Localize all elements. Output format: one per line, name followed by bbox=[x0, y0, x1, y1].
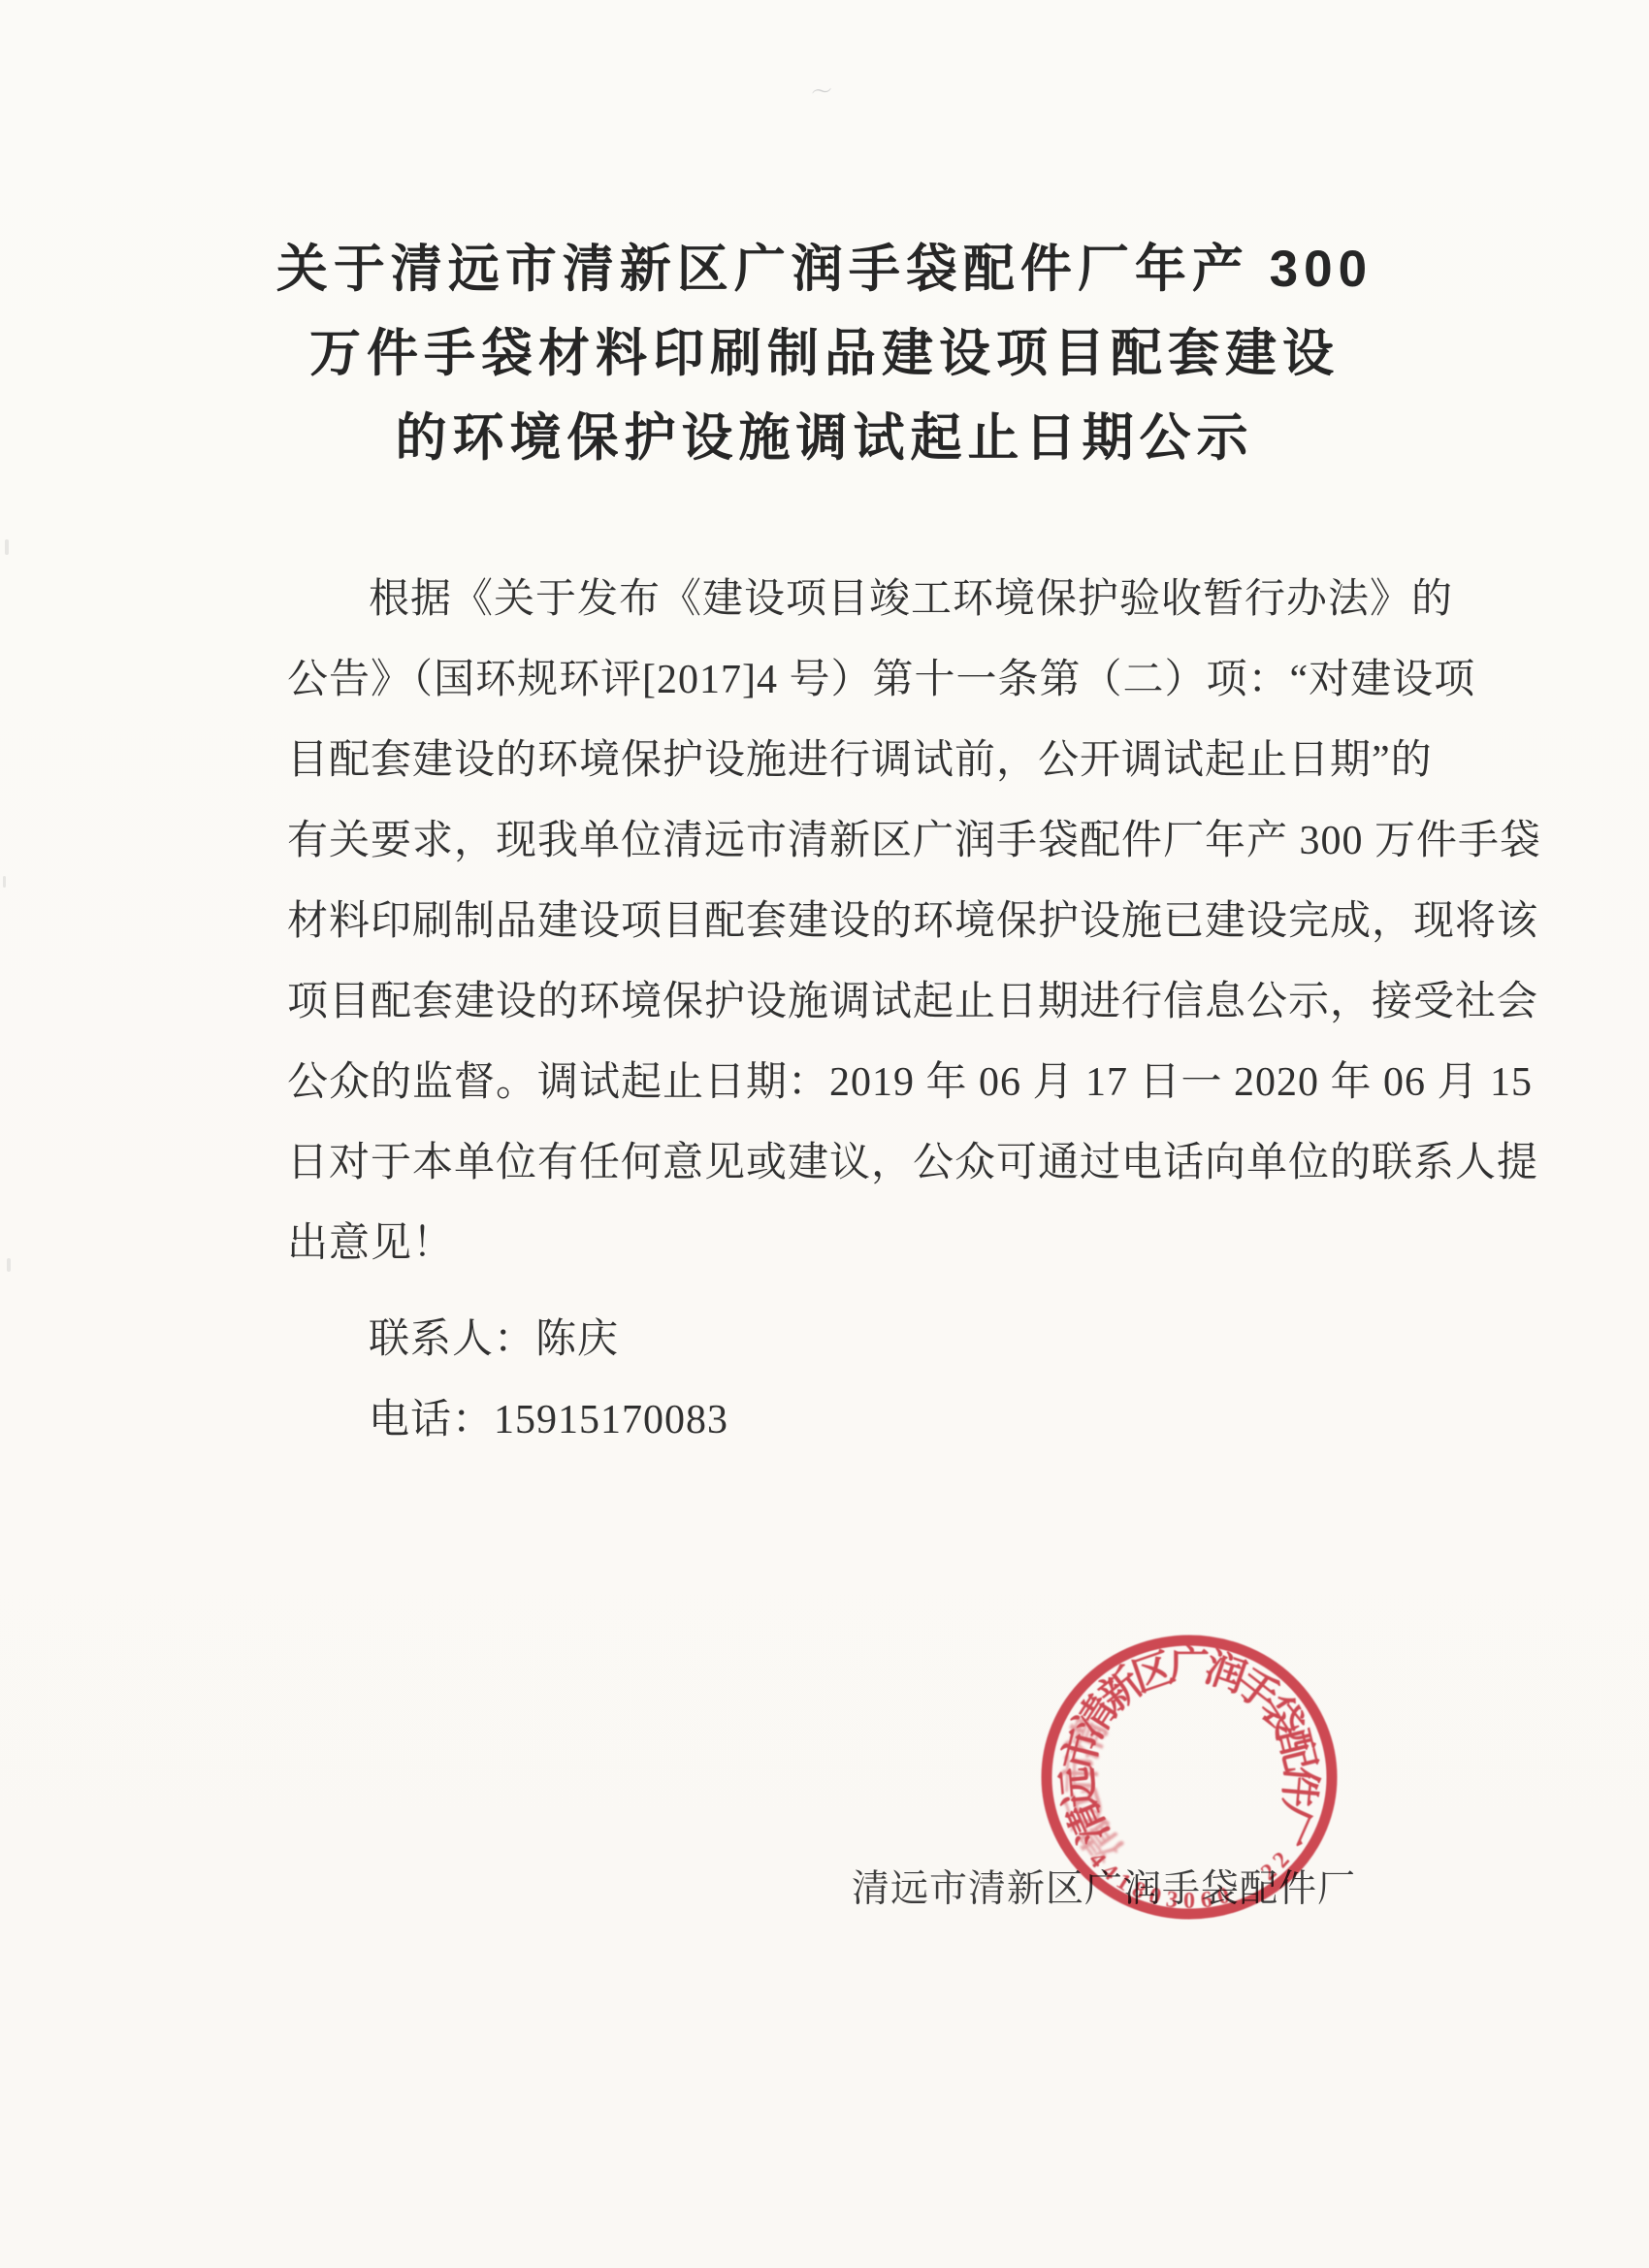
scanned-notice-page: { "page": { "background": "#fbfaf7", "in… bbox=[0, 0, 1649, 2268]
body-line: 目配套建设的环境保护设施进行调试前，公开调试起止日期”的 bbox=[287, 721, 1420, 801]
seal-glyph: 0 bbox=[1183, 1889, 1195, 1914]
document-page: 关于清远市清新区广润手袋配件厂年产 300 万件手袋材料印刷制品建设项目配套建设… bbox=[0, 0, 1649, 2268]
contact-person-line: 联系人：陈庆 bbox=[369, 1300, 1420, 1380]
notice-body: 根据《关于发布《建设项目竣工环境保护验收暂行办法》的 公告》（国环规环评[201… bbox=[287, 560, 1420, 1461]
contact-phone-number: 15915170083 bbox=[494, 1398, 728, 1442]
body-line: 公众的监督。调试起止日期：2019 年 06 月 17 日一 2020 年 06… bbox=[287, 1043, 1420, 1123]
body-line: 日对于本单位有任何意见或建议，公众可通过电话向单位的联系人提 bbox=[287, 1123, 1420, 1204]
body-line: 材料印刷制品建设项目配套建设的环境保护设施已建设完成，现将该 bbox=[287, 882, 1420, 962]
seal-glyph: 8 bbox=[1128, 1877, 1149, 1905]
scan-artifact-squiggle: 〜 bbox=[809, 74, 835, 107]
body-line: 公告》（国环规环评[2017]4 号）第十一条第（二）项：“对建设项 bbox=[287, 640, 1420, 721]
title-line-1: 关于清远市清新区广润手袋配件厂年产 300 bbox=[0, 227, 1649, 311]
title-line-3: 的环境保护设施调试起止日期公示 bbox=[0, 396, 1649, 480]
contact-info: 联系人：陈庆 电话：15915170083 bbox=[287, 1300, 1420, 1461]
company-seal-stamp: 清远市清新区广润手袋配件厂44180306022 清远市清 bbox=[1030, 1618, 1348, 1936]
contact-phone-line: 电话：15915170083 bbox=[369, 1380, 1420, 1461]
title-line-2: 万件手袋材料印刷制品建设项目配套建设 bbox=[0, 311, 1649, 396]
scan-artifact-smudge bbox=[7, 1258, 11, 1272]
scan-artifact-smudge bbox=[5, 539, 9, 555]
notice-title: 关于清远市清新区广润手袋配件厂年产 300 万件手袋材料印刷制品建设项目配套建设… bbox=[0, 227, 1649, 480]
scan-artifact-smudge bbox=[3, 876, 6, 888]
body-line: 有关要求，现我单位清远市清新区广润手袋配件厂年产 300 万件手袋 bbox=[287, 801, 1420, 882]
contact-person-name: 陈庆 bbox=[535, 1317, 619, 1362]
body-line: 项目配套建设的环境保护设施调试起止日期进行信息公示，接受社会 bbox=[287, 962, 1420, 1043]
body-line: 根据《关于发布《建设项目竣工环境保护验收暂行办法》的 bbox=[287, 560, 1420, 640]
contact-person-label: 联系人： bbox=[369, 1317, 535, 1362]
seal-glyph: 6 bbox=[1199, 1887, 1214, 1913]
body-line: 出意见！ bbox=[287, 1204, 1420, 1284]
contact-phone-label: 电话： bbox=[369, 1398, 494, 1442]
